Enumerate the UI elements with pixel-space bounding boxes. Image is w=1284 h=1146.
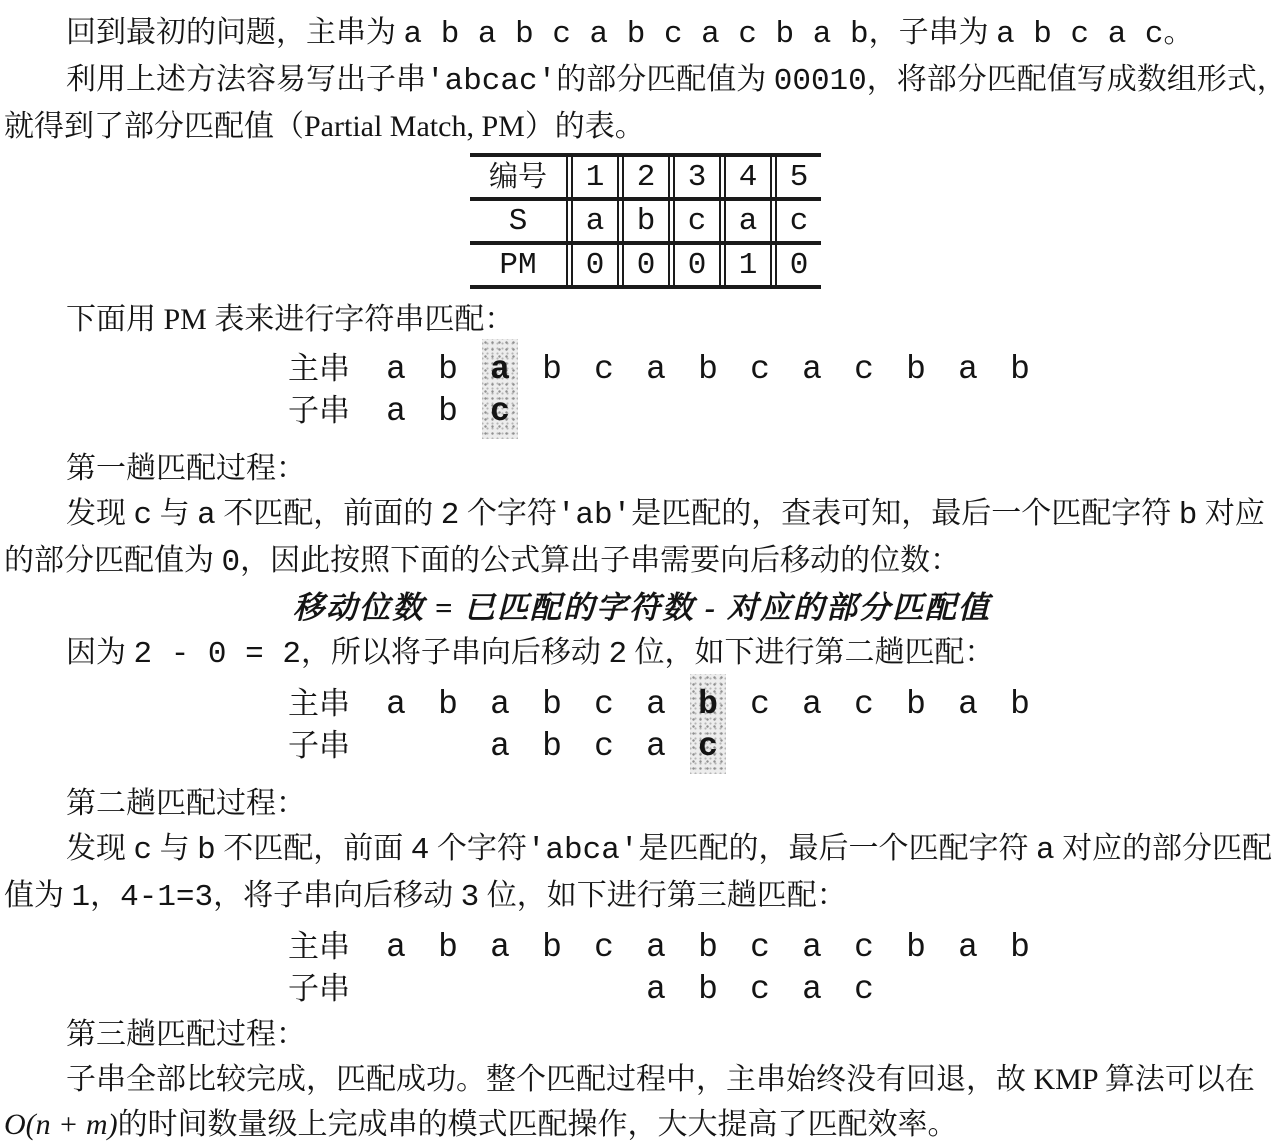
main-string-row: 主串ababcabcacbab xyxy=(0,926,1284,968)
string-letter: a xyxy=(370,391,422,433)
sub-string-row: 子串abcac xyxy=(0,968,1284,1010)
text-segment: 回到最初的问题，主串为 xyxy=(66,16,404,49)
paragraph-pass2-a: 发现 c 与 b 不匹配，前面 4 个字符'abca'是匹配的，最后一个匹配字符… xyxy=(0,826,1284,873)
match-display-3: 主串ababcabcacbab 子串abcac xyxy=(0,926,1284,1010)
table-cell: 5 xyxy=(775,157,821,197)
text-segment: 'ab' xyxy=(557,498,631,533)
paragraph-pass1-b: 的部分匹配值为 0，因此按照下面的公式算出子串需要向后移动的位数： xyxy=(0,538,1284,585)
main-string-label: 主串 xyxy=(288,348,370,390)
text-segment: c xyxy=(134,498,153,533)
string-letter: b xyxy=(994,349,1046,391)
main-string-letters: ababcabcacbab xyxy=(370,348,1046,391)
table-cell: b xyxy=(622,201,670,241)
string-letter: b xyxy=(890,684,942,726)
paragraph-pm-table-intro: 就得到了部分匹配值（Partial Match, PM）的表。 xyxy=(0,104,1284,149)
sub-string-letters: abcac xyxy=(474,725,734,768)
text-segment: 利用上述方法容易写出子串 xyxy=(66,63,426,96)
string-letter: b xyxy=(682,969,734,1011)
sub-string-row: 子串abc xyxy=(0,390,1284,432)
text-segment: 1 xyxy=(72,880,91,915)
table-cell: PM xyxy=(470,245,568,285)
paragraph-pass1-a: 发现 c 与 a 不匹配，前面的 2 个字符'ab'是匹配的，查表可知，最后一个… xyxy=(0,491,1284,538)
shift-formula: 移动位数 = 已匹配的字符数 - 对应的部分匹配值 xyxy=(0,585,1284,630)
text-segment: 00010 xyxy=(774,64,867,99)
text-segment: ，因此按照下面的公式算出子串需要向后移动的位数： xyxy=(240,544,960,577)
string-letter: c xyxy=(838,927,890,969)
match-display-2: 主串ababcabcacbab 子串abcac xyxy=(0,683,1284,767)
paragraph-pass1-title: 第一趟匹配过程： xyxy=(0,446,1284,491)
text-segment: a xyxy=(1036,833,1055,868)
text-segment: KMP xyxy=(1034,1063,1098,1096)
string-letter: a xyxy=(370,684,422,726)
text-segment: 算法可以在 xyxy=(1097,1063,1255,1096)
string-letter: a xyxy=(942,349,994,391)
paragraph-intro: 回到最初的问题，主串为 a b a b c a b c a c b a b，子串… xyxy=(0,10,1284,57)
text-segment: 位，如下进行第三趟匹配： xyxy=(479,879,847,912)
paragraph-conclusion-a: 子串全部比较完成，匹配成功。整个匹配过程中，主串始终没有回退，故 KMP 算法可… xyxy=(0,1057,1284,1102)
text-segment: c xyxy=(134,833,153,868)
text-segment: 值为 xyxy=(4,879,72,912)
string-letter: c xyxy=(838,969,890,1011)
paragraph-conclusion-b: O(n + m)的时间数量级上完成串的模式匹配操作，大大提高了匹配效率。 xyxy=(0,1102,1284,1146)
string-letter: c xyxy=(734,927,786,969)
string-letter: b xyxy=(890,927,942,969)
text-segment: ，子串为 xyxy=(869,16,997,49)
string-letter: a xyxy=(474,726,526,768)
text-segment: a b a b c a b c a c b a b xyxy=(404,17,869,52)
string-letter: a xyxy=(630,726,682,768)
main-string-label: 主串 xyxy=(288,926,370,968)
text-segment: 个字符 xyxy=(429,832,527,865)
text-segment: 位，如下进行第二趟匹配： xyxy=(627,636,995,669)
string-letter: b xyxy=(994,927,1046,969)
sub-string-label: 子串 xyxy=(288,968,370,1010)
string-letter: a xyxy=(630,349,682,391)
table-cell: 0 xyxy=(775,245,821,285)
text-segment: 0 xyxy=(222,545,241,580)
string-letter: b xyxy=(422,391,474,433)
text-segment: 4 xyxy=(411,833,430,868)
string-letter: a xyxy=(370,349,422,391)
string-letter: a xyxy=(630,927,682,969)
text-segment: 不匹配，前面的 xyxy=(216,497,441,530)
text-segment: 是匹配的，查表可知，最后一个匹配字符 xyxy=(631,497,1179,530)
text-segment: ， xyxy=(90,879,120,912)
table-cell: 0 xyxy=(571,245,619,285)
text-segment: 与 xyxy=(152,497,197,530)
string-letter: c xyxy=(734,684,786,726)
text-segment: b xyxy=(197,833,216,868)
text-segment: a xyxy=(197,498,216,533)
text-segment: 因为 xyxy=(66,636,134,669)
table-row-pm: PM00010 xyxy=(470,245,821,289)
table-cell: a xyxy=(724,201,772,241)
string-letter: b xyxy=(422,349,474,391)
text-segment: 第三趟匹配过程： xyxy=(66,1018,306,1051)
table-cell: 3 xyxy=(673,157,721,197)
text-segment: b xyxy=(1179,498,1198,533)
string-letter: c xyxy=(682,726,734,768)
string-letter: b xyxy=(994,684,1046,726)
table-cell: 2 xyxy=(622,157,670,197)
string-letter: c xyxy=(578,726,630,768)
text-segment: ，所以将子串向后移动 xyxy=(301,636,609,669)
string-letter: c xyxy=(734,969,786,1011)
string-letter: b xyxy=(422,684,474,726)
text-segment: 4-1=3 xyxy=(120,880,213,915)
string-letter: b xyxy=(682,927,734,969)
string-letter: b xyxy=(682,349,734,391)
paragraph-pm-values: 利用上述方法容易写出子串'abcac'的部分匹配值为 00010，将部分匹配值写… xyxy=(0,57,1284,104)
string-letter: b xyxy=(526,726,578,768)
table-cell: 0 xyxy=(673,245,721,285)
string-letter: a xyxy=(786,349,838,391)
paragraph-pass2-title: 第二趟匹配过程： xyxy=(0,781,1284,826)
text-segment: 是匹配的，最后一个匹配字符 xyxy=(638,832,1036,865)
string-letter: a xyxy=(942,684,994,726)
text-segment: 与 xyxy=(152,832,197,865)
string-letter: b xyxy=(526,684,578,726)
text-segment: PM xyxy=(164,303,207,336)
main-string-label: 主串 xyxy=(288,683,370,725)
table-cell: 4 xyxy=(724,157,772,197)
sub-string-letters: abc xyxy=(370,390,526,433)
table-row-index: 编号12345 xyxy=(470,157,821,201)
string-letter: a xyxy=(474,684,526,726)
string-letter: a xyxy=(474,349,526,391)
string-letter: c xyxy=(734,349,786,391)
text-segment: 下面用 xyxy=(66,303,164,336)
text-segment: 2 - 0 = 2 xyxy=(134,637,301,672)
text-segment: 发现 xyxy=(66,832,134,865)
text-segment: 。 xyxy=(1164,16,1194,49)
page: { "paras": [ {"segs": [ {"t": "回到最初的问题，主… xyxy=(0,0,1284,1146)
string-letter: b xyxy=(526,927,578,969)
text-segment: 不匹配，前面 xyxy=(216,832,411,865)
text-segment: Partial Match, PM xyxy=(304,110,525,143)
table-cell: a xyxy=(571,201,619,241)
text-segment: 2 xyxy=(608,637,627,672)
string-letter: a xyxy=(942,927,994,969)
text-segment: 3 xyxy=(461,880,480,915)
sub-string-row: 子串abcac xyxy=(0,725,1284,767)
table-row-string: Sabcac xyxy=(470,201,821,245)
table-cell: 1 xyxy=(571,157,619,197)
paragraph-shift2: 因为 2 - 0 = 2，所以将子串向后移动 2 位，如下进行第二趟匹配： xyxy=(0,630,1284,677)
string-letter: c xyxy=(474,391,526,433)
table-cell: S xyxy=(470,201,568,241)
match-display-1: 主串ababcabcacbab 子串abc xyxy=(0,348,1284,432)
text-segment: 的部分匹配值为 xyxy=(556,63,774,96)
text-segment: 对应的部分匹配 xyxy=(1055,832,1273,865)
main-string-letters: ababcabcacbab xyxy=(370,683,1046,726)
string-letter: c xyxy=(838,349,890,391)
string-letter: c xyxy=(578,684,630,726)
sub-string-label: 子串 xyxy=(288,390,370,432)
string-letter: a xyxy=(630,969,682,1011)
main-string-row: 主串ababcabcacbab xyxy=(0,348,1284,390)
string-letter: b xyxy=(422,927,474,969)
text-segment: ，将子串向后移动 xyxy=(213,879,461,912)
string-letter: a xyxy=(786,969,838,1011)
text-segment: 'abcac' xyxy=(426,64,556,99)
string-letter: c xyxy=(578,349,630,391)
table-cell: 1 xyxy=(724,245,772,285)
text-segment: 表来进行字符串匹配： xyxy=(207,303,515,336)
string-letter: b xyxy=(890,349,942,391)
text-segment: 第二趟匹配过程： xyxy=(66,787,306,820)
text-segment: 'abca' xyxy=(527,833,639,868)
string-letter: c xyxy=(578,927,630,969)
main-string-row: 主串ababcabcacbab xyxy=(0,683,1284,725)
string-letter: a xyxy=(786,684,838,726)
table-cell: c xyxy=(673,201,721,241)
paragraph-match-intro: 下面用 PM 表来进行字符串匹配： xyxy=(0,297,1284,342)
text-segment: 第一趟匹配过程： xyxy=(66,452,306,485)
text-segment: ，将部分匹配值写成数组形式， xyxy=(867,63,1284,96)
text-segment: 子串全部比较完成，匹配成功。整个匹配过程中，主串始终没有回退，故 xyxy=(66,1063,1034,1096)
partial-match-table: 编号12345 Sabcac PM00010 xyxy=(470,153,821,289)
text-segment: 的时间数量级上完成串的模式匹配操作，大大提高了匹配效率。 xyxy=(118,1108,958,1141)
text-segment: 对应 xyxy=(1197,497,1265,530)
text-segment: 个字符 xyxy=(459,497,557,530)
text-segment: 发现 xyxy=(66,497,134,530)
string-letter: b xyxy=(682,684,734,726)
text-segment: 的部分匹配值为 xyxy=(4,544,222,577)
string-letter: a xyxy=(786,927,838,969)
sub-string-label: 子串 xyxy=(288,725,370,767)
string-letter: c xyxy=(838,684,890,726)
text-segment: 就得到了部分匹配值（ xyxy=(4,110,304,143)
sub-string-letters: abcac xyxy=(630,968,890,1011)
paragraph-pass3-title: 第三趟匹配过程： xyxy=(0,1012,1284,1057)
string-letter: a xyxy=(630,684,682,726)
string-letter: a xyxy=(474,927,526,969)
table-cell: 0 xyxy=(622,245,670,285)
table-cell: c xyxy=(775,201,821,241)
text-segment: ）的表。 xyxy=(525,110,645,143)
paragraph-pass2-b: 值为 1，4-1=3，将子串向后移动 3 位，如下进行第三趟匹配： xyxy=(0,873,1284,920)
text-segment: O(n + m) xyxy=(4,1108,118,1141)
table-cell: 编号 xyxy=(470,157,568,197)
text-segment: a b c a c xyxy=(996,17,1163,52)
string-letter: b xyxy=(526,349,578,391)
main-string-letters: ababcabcacbab xyxy=(370,926,1046,969)
text-segment: 2 xyxy=(441,498,460,533)
string-letter: a xyxy=(370,927,422,969)
